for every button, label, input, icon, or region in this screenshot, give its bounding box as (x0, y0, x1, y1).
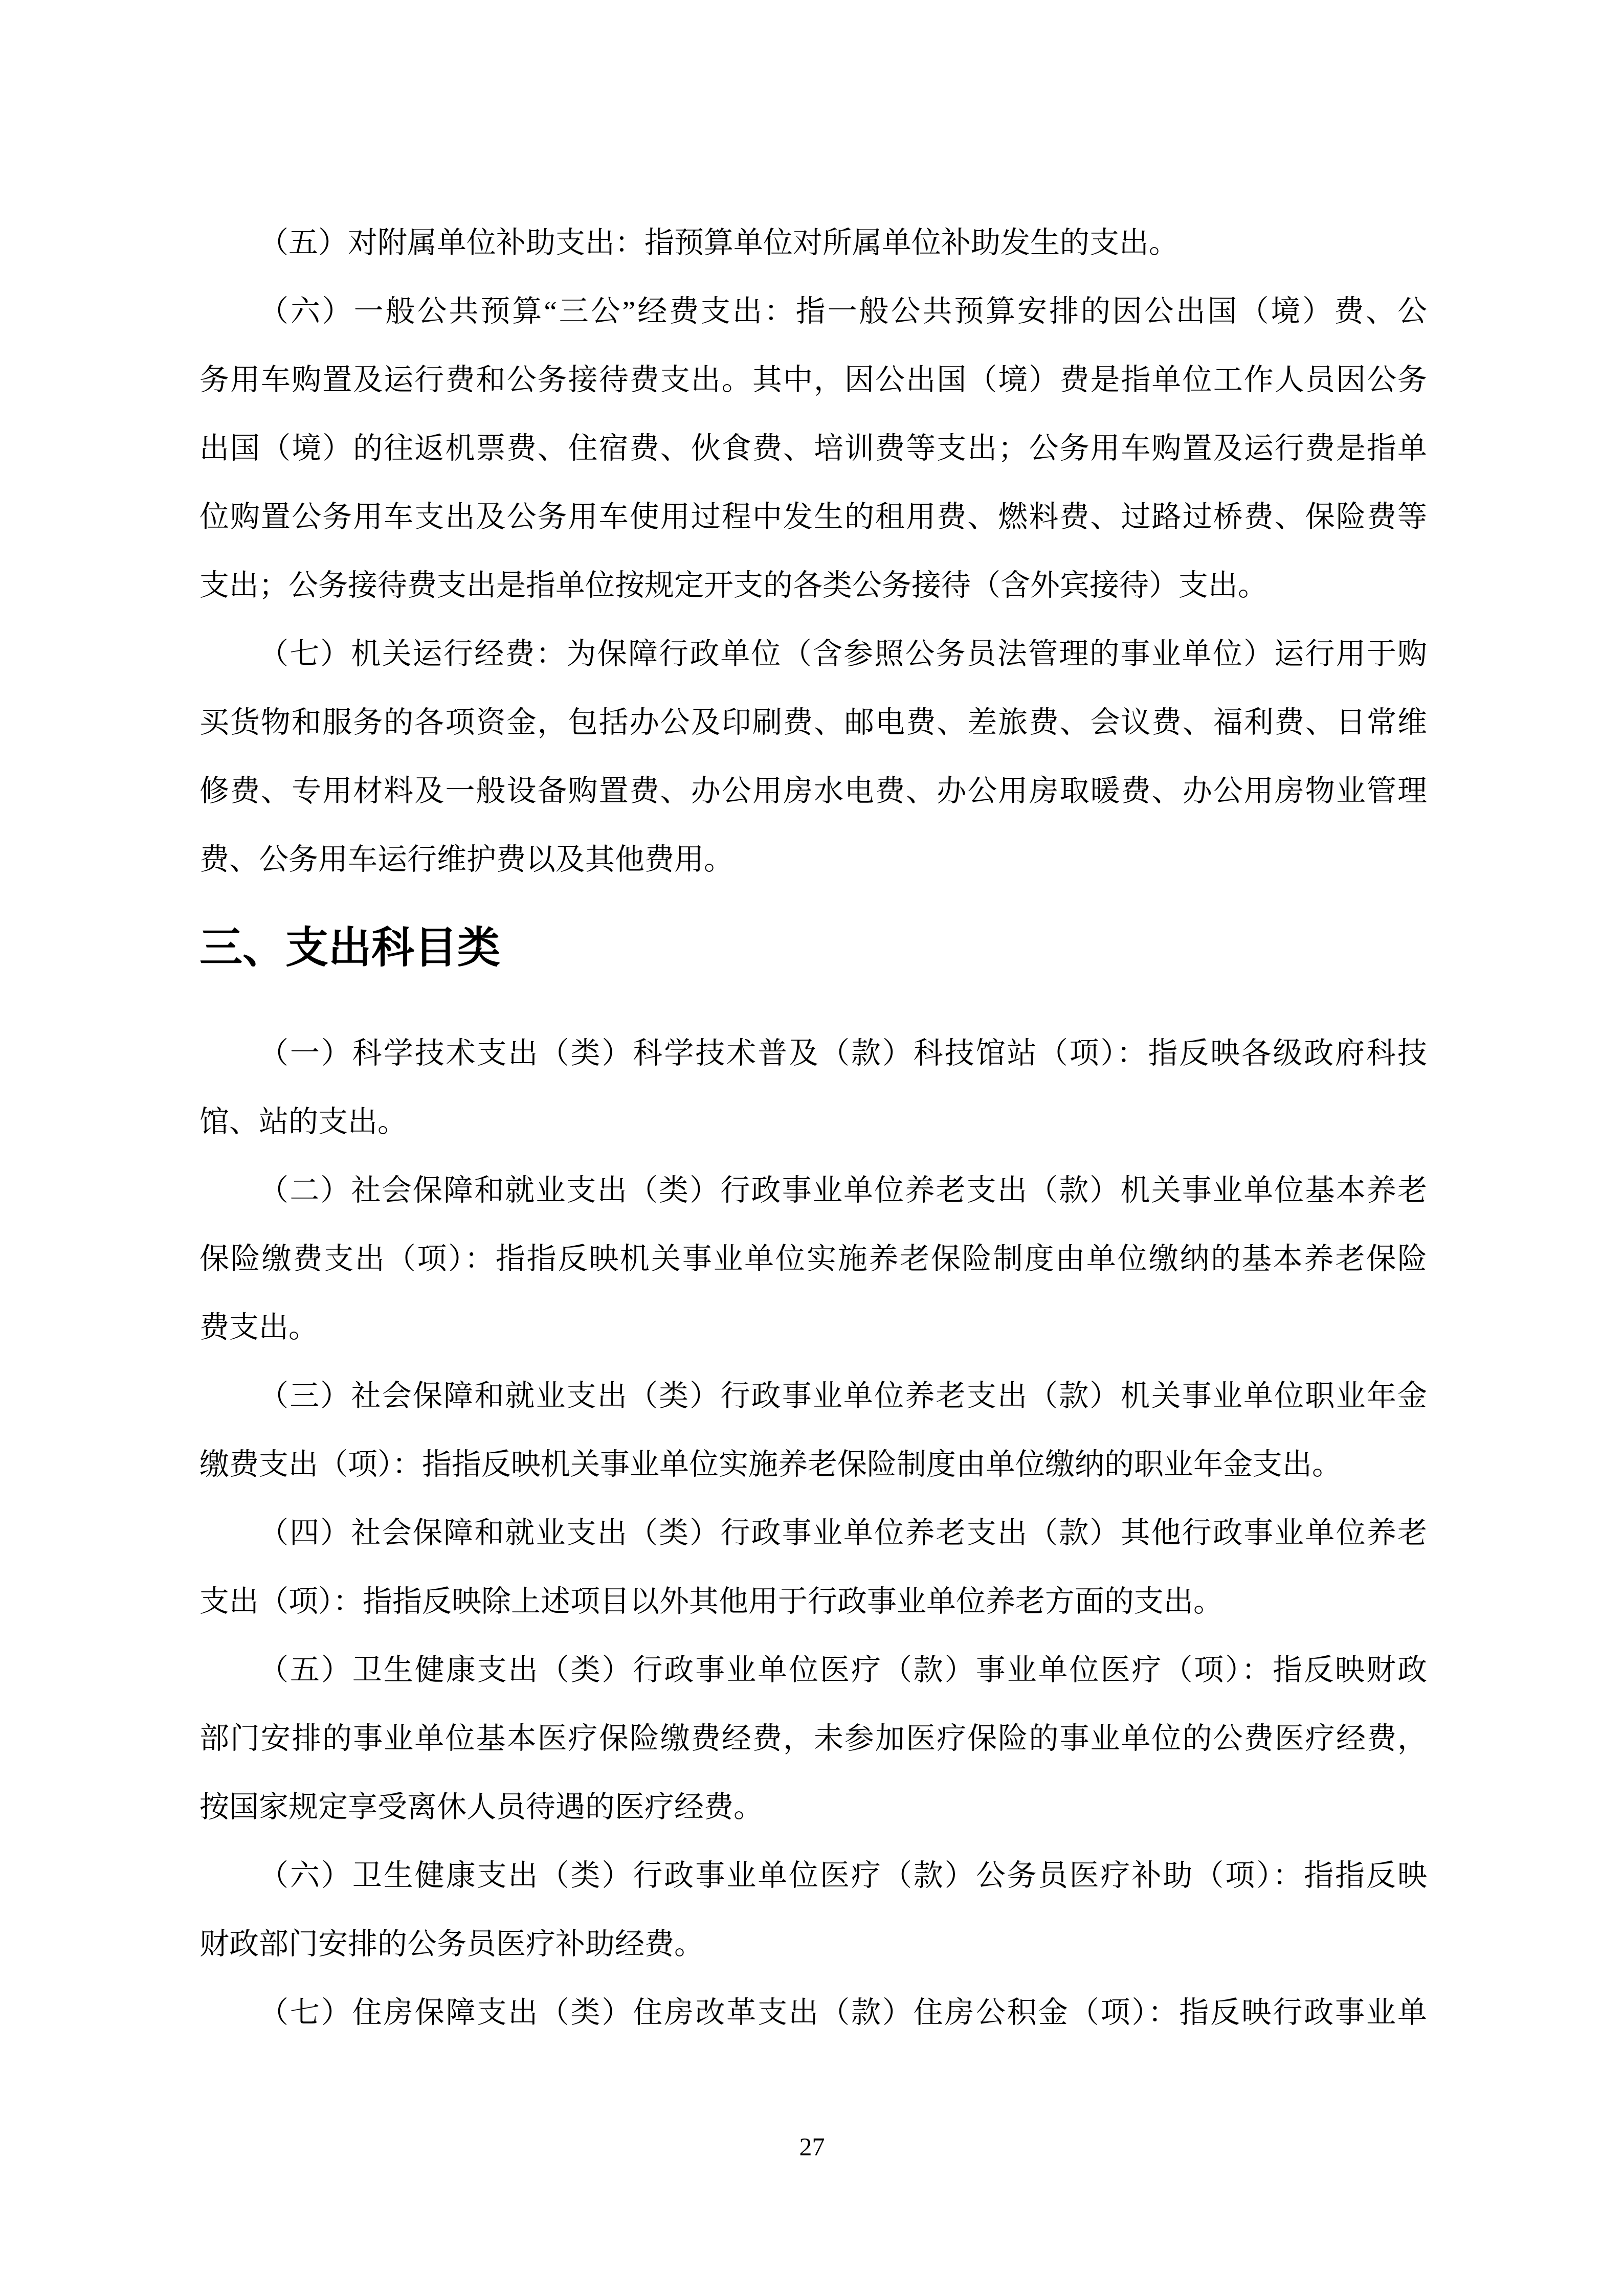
text-line: （一）科学技术支出（类）科学技术普及（款）科技馆站（项）：指反映各级政府科技 (199, 1019, 1427, 1088)
text-line: 务用车购置及运行费和公务接待费支出。其中，因公出国（境）费是指单位工作人员因公务 (199, 346, 1427, 414)
text-line: （二）社会保障和就业支出（类）行政事业单位养老支出（款）机关事业单位基本养老 (199, 1156, 1427, 1225)
document-body: （五）对附属单位补助支出：指预算单位对所属单位补助发生的支出。（六）一般公共预算… (199, 209, 1427, 2047)
text-line: 费支出。 (199, 1293, 1427, 1362)
text-line: 保险缴费支出（项）：指指反映机关事业单位实施养老保险制度由单位缴纳的基本养老保险 (199, 1225, 1427, 1293)
text-line: （五）对附属单位补助支出：指预算单位对所属单位补助发生的支出。 (199, 209, 1427, 277)
text-line: 位购置公务用车支出及公务用车使用过程中发生的租用费、燃料费、过路过桥费、保险费等 (199, 483, 1427, 551)
text-line: （五）卫生健康支出（类）行政事业单位医疗（款）事业单位医疗（项）：指反映财政 (199, 1636, 1427, 1704)
text-line: （七）住房保障支出（类）住房改革支出（款）住房公积金（项）：指反映行政事业单 (199, 1978, 1427, 2047)
text-line: 支出（项）：指指反映除上述项目以外其他用于行政事业单位养老方面的支出。 (199, 1567, 1427, 1636)
text-line: 买货物和服务的各项资金，包括办公及印刷费、邮电费、差旅费、会议费、福利费、日常维 (199, 688, 1427, 757)
text-line: （六）一般公共预算“三公”经费支出：指一般公共预算安排的因公出国（境）费、公 (199, 277, 1427, 346)
text-line: （七）机关运行经费：为保障行政单位（含参照公务员法管理的事业单位）运行用于购 (199, 620, 1427, 688)
text-line: （六）卫生健康支出（类）行政事业单位医疗（款）公务员医疗补助（项）：指指反映 (199, 1841, 1427, 1910)
text-line: 馆、站的支出。 (199, 1088, 1427, 1156)
text-line: （三）社会保障和就业支出（类）行政事业单位养老支出（款）机关事业单位职业年金 (199, 1362, 1427, 1430)
text-line: 修费、专用材料及一般设备购置费、办公用房水电费、办公用房取暖费、办公用房物业管理 (199, 757, 1427, 825)
section-heading: 三、支出科目类 (199, 909, 1427, 986)
text-line: （四）社会保障和就业支出（类）行政事业单位养老支出（款）其他行政事业单位养老 (199, 1499, 1427, 1567)
text-line: 财政部门安排的公务员医疗补助经费。 (199, 1910, 1427, 1978)
text-line: 缴费支出（项）：指指反映机关事业单位实施养老保险制度由单位缴纳的职业年金支出。 (199, 1430, 1427, 1499)
text-line: 支出；公务接待费支出是指单位按规定开支的各类公务接待（含外宾接待）支出。 (199, 551, 1427, 620)
document-page: （五）对附属单位补助支出：指预算单位对所属单位补助发生的支出。（六）一般公共预算… (0, 0, 1624, 2296)
text-line: 部门安排的事业单位基本医疗保险缴费经费，未参加医疗保险的事业单位的公费医疗经费， (199, 1704, 1427, 1773)
text-line: 按国家规定享受离休人员待遇的医疗经费。 (199, 1773, 1427, 1841)
page-number: 27 (0, 2129, 1624, 2165)
text-line: 出国（境）的往返机票费、住宿费、伙食费、培训费等支出；公务用车购置及运行费是指单 (199, 414, 1427, 483)
text-line: 费、公务用车运行维护费以及其他费用。 (199, 825, 1427, 894)
